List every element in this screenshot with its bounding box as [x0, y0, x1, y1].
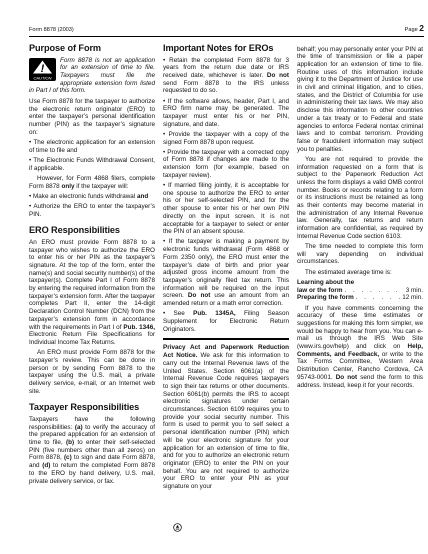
text-segment: We ask for this information to carry out… — [163, 352, 289, 490]
bullet-item: • Provide the taxpayer with a copy of th… — [163, 131, 289, 146]
bullet-item: • If married filing jointly, it is accep… — [163, 182, 289, 236]
time-estimate-leader-row: law or the form. . . . . . . . . . . .3 … — [297, 287, 423, 295]
bullet-item: • Retain the completed Form 8878 for 3 y… — [163, 57, 289, 96]
text-segment: only — [61, 183, 74, 190]
time-estimate-row: Preparing the form. . . . . . . . . .12 … — [297, 294, 423, 302]
text-segment: See — [174, 310, 194, 317]
bullet-item: • If the taxpayer is making a payment by… — [163, 238, 289, 307]
time-estimate-label-line: Learning about the — [297, 279, 423, 287]
paragraph: Privacy Act and Paperwork Reduction Act … — [163, 344, 289, 490]
text-segment: Pub. 1346, — [123, 324, 155, 331]
text-segment: Do not — [336, 374, 357, 381]
text-segment: ERO Responsibilities — [29, 225, 120, 235]
text-segment: if the taxpayer will: — [74, 183, 128, 190]
text-segment: The Electronic Funds Withdrawal Consent,… — [29, 157, 155, 172]
svg-text:!: ! — [41, 63, 45, 75]
text-segment: (c) — [64, 454, 72, 461]
text-segment: Provide the taxpayer with a copy of the … — [163, 131, 289, 146]
paragraph: If you have comments concerning the accu… — [297, 305, 423, 390]
caution-icon: !CAUTION — [29, 58, 56, 81]
dot-leader: . . . . . . . . . . . . — [344, 287, 403, 295]
text-segment: If married filing jointly, it is accepta… — [163, 182, 289, 235]
time-estimate-value: 3 min. — [406, 287, 423, 295]
page-footer — [168, 519, 186, 537]
text-segment: and — [137, 193, 148, 200]
form-id: Form 8878 (2003) — [29, 27, 74, 34]
text-segment: The electronic application for an extens… — [29, 139, 155, 154]
text-segment: Authorize the ERO to enter the taxpayer’… — [29, 203, 155, 218]
time-estimate-row: Learning about thelaw or the form. . . .… — [297, 279, 423, 294]
section-heading: Taxpayer Responsibilities — [29, 402, 155, 413]
bullet-item: • Authorize the ERO to enter the taxpaye… — [29, 203, 155, 218]
time-estimate-leader-row: Preparing the form. . . . . . . . . .12 … — [297, 294, 423, 302]
text-segment: Electronic Return File Specifications fo… — [29, 331, 155, 346]
text-segment: send Form 8878 to the IRS unless request… — [163, 80, 289, 95]
paragraph: behalf; you may personally enter your PI… — [297, 46, 423, 154]
bullet-item: • The Electronic Funds Withdrawal Consen… — [29, 157, 155, 172]
text-segment: Do not — [188, 292, 210, 299]
time-estimate-label: Preparing the form — [297, 294, 354, 302]
column-middle: Important Notes for EROs• Retain the com… — [163, 43, 289, 493]
text-segment: Provide the taxpayer with a corrected co… — [163, 149, 289, 179]
time-estimate-value: 12 min. — [402, 294, 423, 302]
text-segment: Pub. 1345A, — [193, 310, 236, 317]
page-num-value: 2 — [419, 23, 424, 33]
page-number: Page 2 — [405, 25, 424, 34]
text-segment: The time needed to complete this form wi… — [297, 243, 423, 265]
bullet-item: • The electronic application for an exte… — [29, 139, 155, 154]
paragraph: An ERO must provide Form 8878 for the ta… — [29, 349, 155, 395]
document-page: Form 8878 (2003) Page 2 Purpose of Form!… — [0, 0, 428, 554]
paragraph: The estimated average time is: — [297, 269, 423, 277]
dot-leader: . . . . . . . . . . — [356, 294, 400, 302]
text-segment: The estimated average time is: — [305, 269, 392, 276]
time-estimate-label: law or the form — [297, 287, 342, 295]
text-segment: Important Notes for EROs — [163, 43, 273, 53]
text-segment: An ERO must provide Form 8878 for the ta… — [29, 349, 155, 395]
page-header: Form 8878 (2003) Page 2 — [29, 25, 424, 37]
bullet-item: • If the software allows, header, Part I… — [163, 98, 289, 129]
paragraph: You are not required to provide the info… — [297, 156, 423, 241]
section-divider — [163, 338, 289, 340]
paragraph: Use Form 8878 for the taxpayer to author… — [29, 98, 155, 137]
section-heading: Important Notes for EROs — [163, 43, 289, 54]
bullet-glyph: • — [163, 310, 174, 317]
text-segment: (b) — [66, 439, 74, 446]
content-columns: Purpose of Form!CAUTIONForm 8878 is not … — [29, 43, 424, 493]
paragraph: The time needed to complete this form wi… — [297, 243, 423, 266]
text-segment: Taxpayer Responsibilities — [29, 402, 139, 412]
column-right: behalf; you may personally enter your PI… — [297, 43, 423, 493]
text-segment: Do not — [267, 72, 289, 79]
text-segment: If the taxpayer is making a payment by e… — [163, 238, 289, 299]
page-word: Page — [405, 27, 418, 33]
bullet-item: • See Pub. 1345A, Filing Season Suppleme… — [163, 310, 289, 333]
paragraph: Taxpayers have the following responsibil… — [29, 416, 155, 485]
recycled-paper-icon — [173, 523, 182, 532]
text-segment: An ERO must provide Form 8878 to a taxpa… — [29, 239, 155, 331]
section-heading: ERO Responsibilities — [29, 225, 155, 236]
text-segment: Use Form 8878 for the taxpayer to author… — [29, 98, 155, 136]
text-segment: (a) — [75, 424, 83, 431]
text-segment: If the software allows, header, Part I, … — [163, 98, 289, 128]
section-heading: Purpose of Form — [29, 43, 155, 54]
bullet-item: • Provide the taxpayer with a corrected … — [163, 149, 289, 180]
paragraph: An ERO must provide Form 8878 to a taxpa… — [29, 239, 155, 347]
text-segment: behalf; you may personally enter your PI… — [297, 46, 423, 153]
text-segment: Make an electronic funds withdrawal — [33, 193, 137, 200]
svg-text:CAUTION: CAUTION — [34, 75, 52, 80]
caution-note: !CAUTIONForm 8878 is not an application … — [29, 57, 155, 96]
bullet-item: • Make an electronic funds withdrawal an… — [29, 193, 155, 201]
text-segment: If you have comments concerning the accu… — [297, 305, 423, 351]
column-left: Purpose of Form!CAUTIONForm 8878 is not … — [29, 43, 155, 493]
text-segment: Purpose of Form — [29, 43, 101, 53]
paragraph: However, for Form 4868 filers, complete … — [29, 175, 155, 190]
text-segment: You are not required to provide the info… — [297, 156, 423, 240]
